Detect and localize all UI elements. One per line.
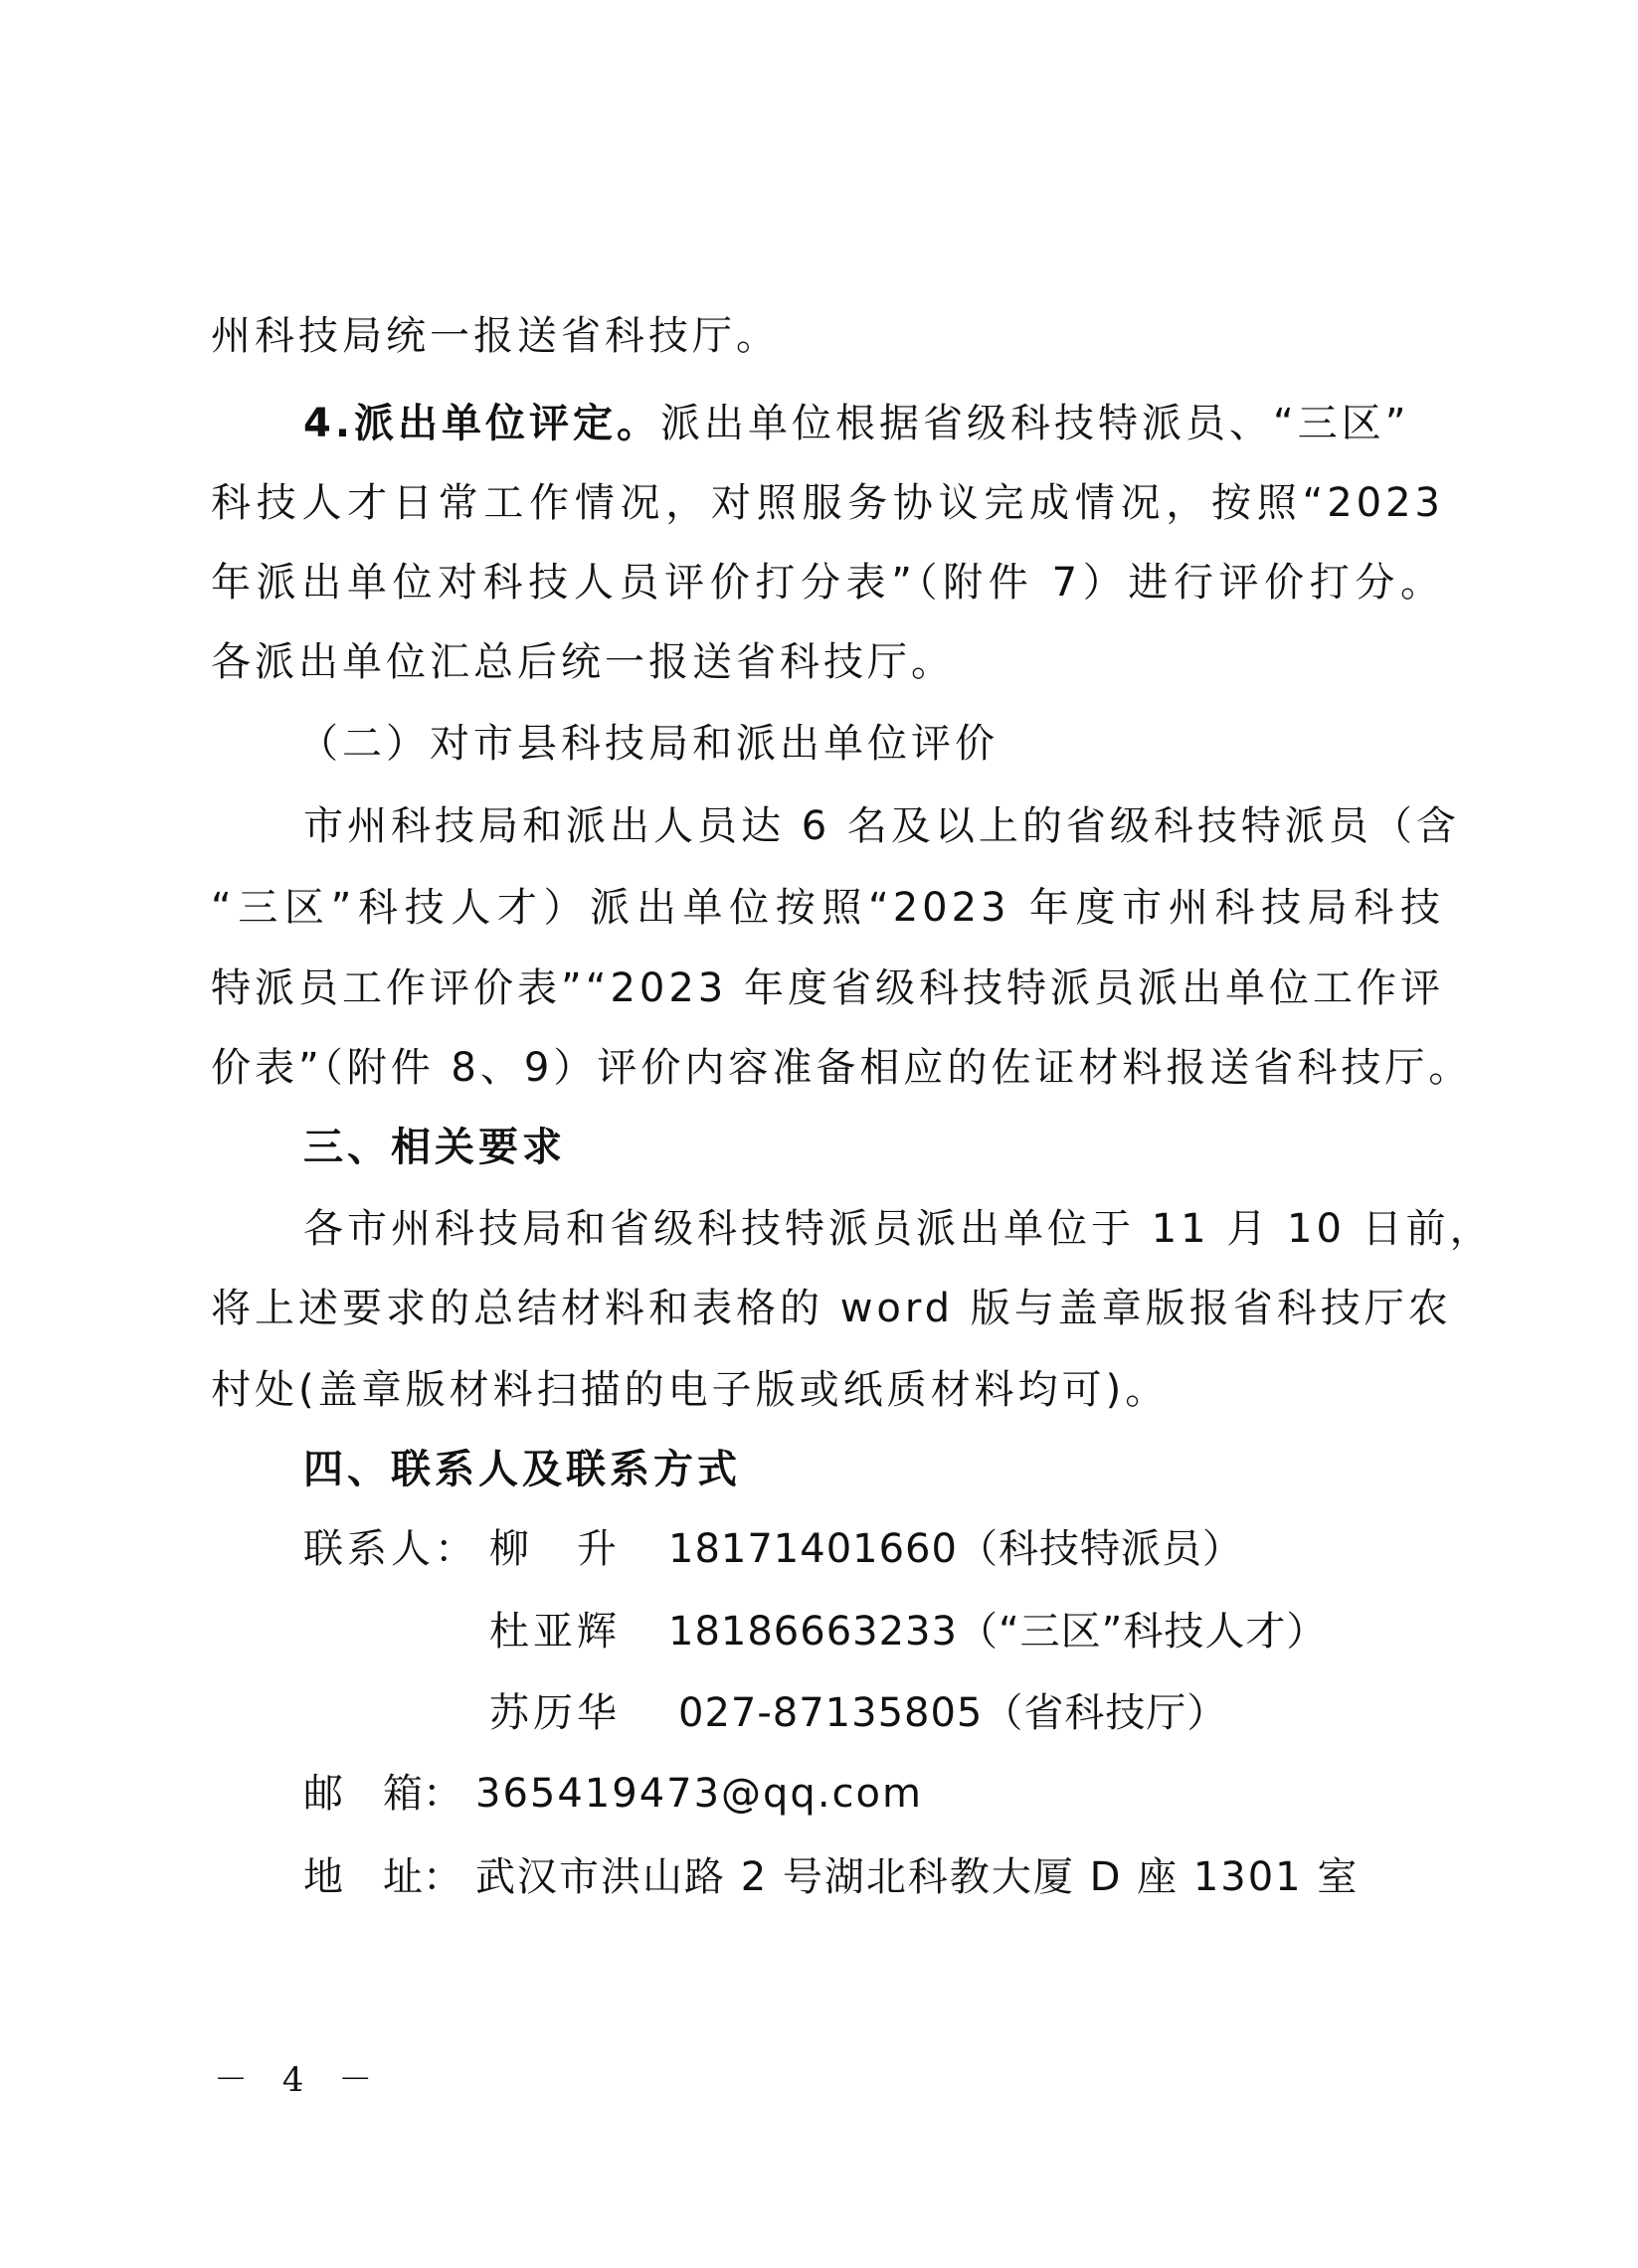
address-label: 地 址： (303, 1851, 462, 1903)
paragraph-line: 科技人才日常工作情况，对照服务协议完成情况，按照“2023 (211, 477, 1444, 529)
contact-note: （科技特派员） (958, 1526, 1243, 1572)
phone-number: 027-87135805 (678, 1690, 983, 1736)
paragraph-line: 价表”（附件 8、9）评价内容准备相应的佐证材料报送省科技厅。 (211, 1042, 1444, 1094)
email-label: 邮 箱： (303, 1768, 462, 1820)
paragraph-text: 派出单位根据省级科技特派员、“三区” (660, 401, 1409, 446)
paragraph-line: 市州科技局和派出人员达 6 名及以上的省级科技特派员（含 (303, 800, 1444, 852)
contact-phone: 027-87135805（省科技厅） (678, 1687, 1227, 1739)
paragraph-line: 将上述要求的总结材料和表格的 word 版与盖章版报省科技厅农 (211, 1283, 1444, 1334)
contact-label: 联系人： (303, 1523, 478, 1575)
phone-number: 18171401660 (668, 1526, 958, 1572)
email-value: 365419473@qq.com (475, 1768, 923, 1820)
paragraph-line: “三区”科技人才）派出单位按照“2023 年度市州科技局科技 (211, 882, 1444, 934)
contact-note: （“三区”科技人才） (958, 1609, 1327, 1655)
paragraph-line: 州科技局统一报送省科技厅。 (211, 310, 1444, 362)
contact-name: 柳 升 (489, 1523, 621, 1575)
paragraph-4-line-1: 4.派出单位评定。派出单位根据省级科技特派员、“三区” (303, 398, 1444, 449)
address-value: 武汉市洪山路 2 号湖北科教大厦 D 座 1301 室 (475, 1851, 1359, 1903)
contact-note: （省科技厅） (983, 1690, 1227, 1736)
paragraph-line: 各市州科技局和省级科技特派员派出单位于 11 月 10 日前， (303, 1203, 1444, 1255)
contact-phone: 18186663233（“三区”科技人才） (668, 1606, 1327, 1657)
document-page: 州科技局统一报送省科技厅。 4.派出单位评定。派出单位根据省级科技特派员、“三区… (0, 0, 1638, 2268)
paragraph-line: 特派员工作评价表”“2023 年度省级科技特派员派出单位工作评 (211, 962, 1444, 1014)
contact-name: 杜亚辉 (489, 1606, 621, 1657)
section-3-heading: 三、相关要求 (303, 1122, 1444, 1173)
paragraph-line: 各派出单位汇总后统一报送省科技厅。 (211, 636, 1444, 688)
phone-number: 18186663233 (668, 1609, 958, 1655)
contact-name: 苏历华 (489, 1687, 621, 1739)
contact-phone: 18171401660（科技特派员） (668, 1523, 1243, 1575)
paragraph-line: 年派出单位对科技人员评价打分表”（附件 7）进行评价打分。 (211, 557, 1444, 609)
item-4-heading: 4.派出单位评定。 (303, 401, 660, 446)
section-2-heading: （二）对市县科技局和派出单位评价 (298, 718, 1439, 770)
section-4-heading: 四、联系人及联系方式 (303, 1444, 1444, 1495)
page-number: － 4 － (214, 2060, 384, 2100)
paragraph-line: 村处(盖章版材料扫描的电子版或纸质材料均可)。 (211, 1364, 1444, 1416)
